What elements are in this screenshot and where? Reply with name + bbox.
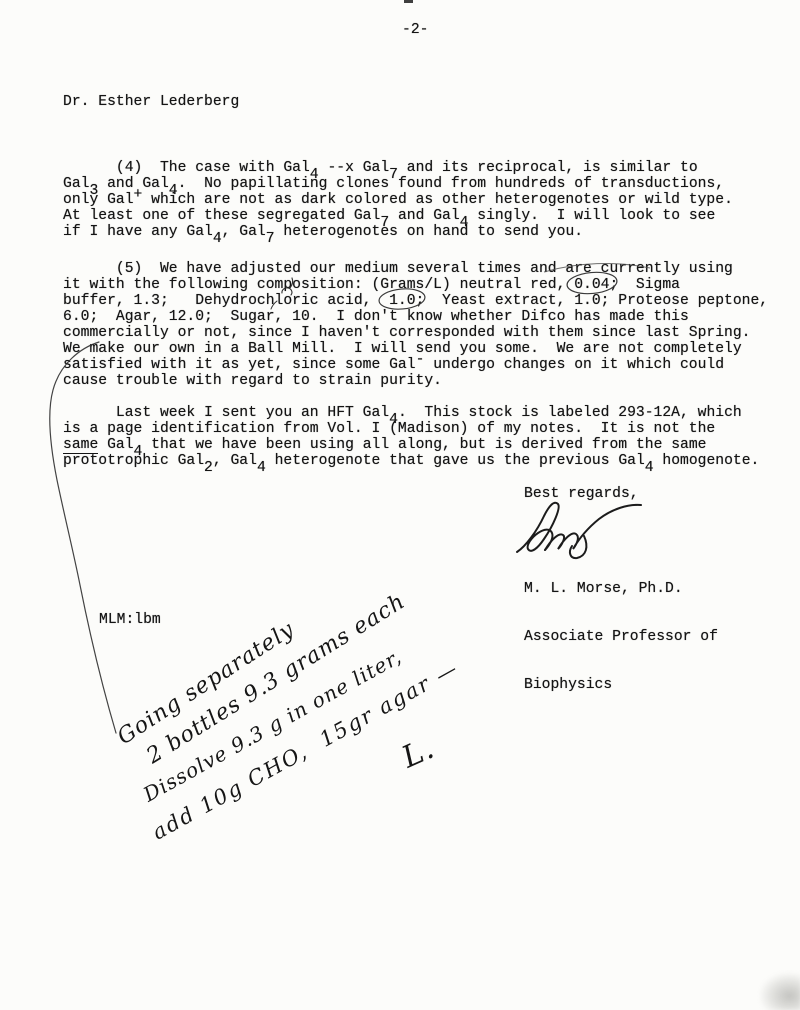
typed-line: At least one of these segregated Gal7 an…	[63, 208, 733, 224]
margin-connector-line	[50, 342, 116, 733]
paragraph-5: (5) We have adjusted our medium several …	[63, 261, 768, 389]
paragraph-closing: Last week I sent you an HFT Gal4. This s…	[63, 405, 759, 469]
typed-line: cause trouble with regard to strain puri…	[63, 373, 768, 389]
sender-title-1: Associate Professor of	[524, 629, 718, 645]
letter-page: -2- Dr. Esther Lederberg (4) The case wi…	[0, 0, 800, 1010]
sender-name: M. L. Morse, Ph.D.	[524, 581, 718, 597]
top-scan-artifact	[404, 0, 413, 3]
typed-line: 6.0; Agar, 12.0; Sugar, 10. I don't know…	[63, 309, 768, 325]
typed-line: Last week I sent you an HFT Gal4. This s…	[63, 405, 759, 421]
typed-line: (5) We have adjusted our medium several …	[63, 261, 768, 277]
typed-line: is a page identification from Vol. I (Ma…	[63, 421, 759, 437]
closing-salutation: Best regards,	[524, 486, 639, 502]
paragraph-4: (4) The case with Gal4 --x Gal7 and its …	[63, 160, 733, 240]
recipient-line: Dr. Esther Lederberg	[63, 94, 239, 110]
page-number: -2-	[402, 22, 428, 38]
typed-line: buffer, 1.3; Dehydrochloric acid, 1.0; Y…	[63, 293, 768, 309]
typed-line: same Gal4 that we have been using all al…	[63, 437, 759, 453]
typed-line: it with the following composition: (Gram…	[63, 277, 768, 293]
typed-line: satisfied with it as yet, since some Gal…	[63, 357, 768, 373]
handwritten-note-initial: L.	[397, 731, 440, 776]
typed-line: commercially or not, since I haven't cor…	[63, 325, 768, 341]
typist-reference: MLM:lbm	[99, 612, 161, 628]
typed-line: prototrophic Gal2, Gal4 heterogenote tha…	[63, 453, 759, 469]
signature-block: M. L. Morse, Ph.D. Associate Professor o…	[524, 549, 718, 725]
scan-smudge	[760, 973, 800, 1010]
typed-line: (4) The case with Gal4 --x Gal7 and its …	[63, 160, 733, 176]
sender-title-2: Biophysics	[524, 677, 718, 693]
typed-line: if I have any Gal4, Gal7 heterogenotes o…	[63, 224, 733, 240]
annotation-overlay	[0, 0, 800, 1010]
typed-line: only Gal+ which are not as dark colored …	[63, 192, 733, 208]
